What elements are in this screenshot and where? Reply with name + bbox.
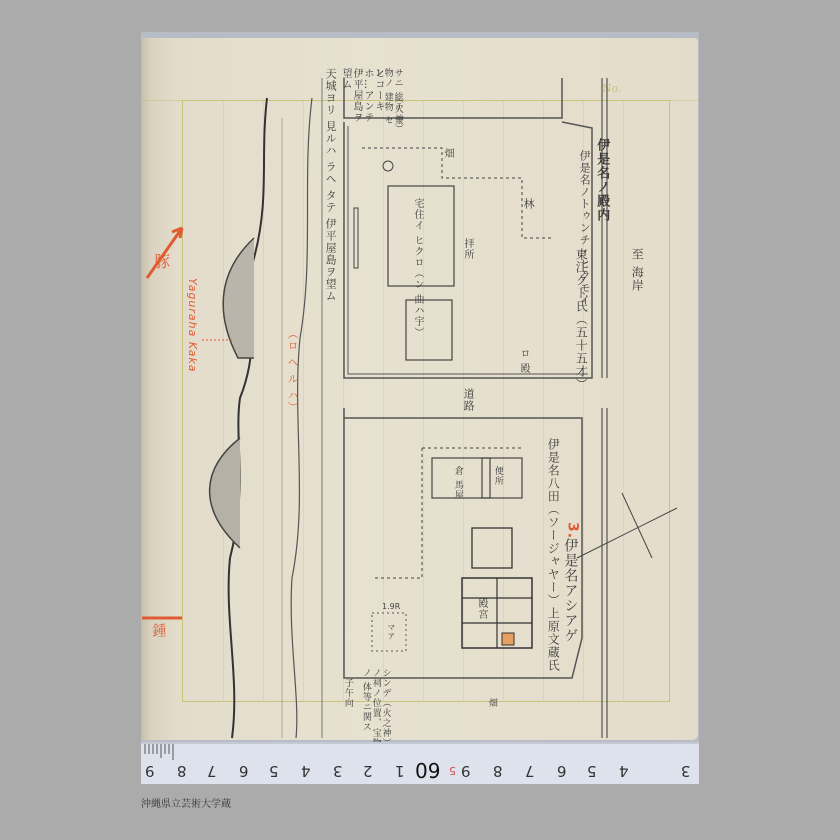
ruler-number: 7	[207, 762, 217, 780]
direction-label: 至 海岸	[630, 248, 643, 292]
top-note-4: （火神）	[392, 94, 402, 134]
scale-label: 1.9R	[382, 602, 400, 611]
ruler-red-label: 5	[449, 764, 456, 777]
owner-name-1: 東江クト氏（五十五才）	[574, 248, 587, 391]
ruler-number: 6	[239, 762, 249, 780]
annex-label-1: 倉 馬屋	[452, 466, 462, 500]
ruler-number: 2	[363, 762, 373, 780]
road-label: 道路	[462, 388, 474, 412]
collection-caption: 沖縄県立芸術大学蔵	[141, 795, 231, 810]
hall-label: 殿宮	[476, 598, 487, 620]
measuring-ruler: 9 8 7 6 5 4 3 2 1 60 5 9 8 7 6 5 4 3	[141, 742, 699, 784]
ruler-number: 5	[587, 762, 597, 780]
bottom-note-2: 子午向	[342, 678, 352, 708]
map-sketch	[142, 38, 698, 740]
ruler-number: 7	[525, 762, 535, 780]
ruler-number: 9	[145, 762, 155, 780]
notebook-page: No.	[142, 38, 698, 740]
bottom-right-label: 畑	[486, 698, 496, 708]
title-main: 伊是名ノ殿内	[594, 138, 608, 222]
ruler-number: 4	[619, 762, 629, 780]
house-2-title: 伊是名八田（ソージャヤー）上原文蔵氏	[546, 438, 559, 672]
ruler-number: 8	[493, 762, 503, 780]
gate-label: ロ 殿	[518, 348, 529, 374]
red-side-label-2: 鍾	[150, 623, 165, 638]
shrine-label: 拝所	[462, 238, 473, 260]
ruler-number: 3	[681, 762, 691, 780]
ruler-number: 6	[557, 762, 567, 780]
ruler-number: 9	[461, 762, 471, 780]
item-number: 3.	[564, 522, 579, 539]
ruler-number: 8	[177, 762, 187, 780]
red-bracket-note: （ロ ヘ ル ハ）	[286, 328, 298, 488]
red-romaji: Yaguraha Kaka	[186, 278, 198, 373]
annex-label-2: 便所	[492, 466, 502, 486]
ruler-big-label: 60	[415, 758, 440, 782]
red-side-label-1: 豚	[152, 253, 170, 270]
small-label-1: マア	[386, 623, 395, 641]
top-note-2: 天城ヨリ 見ルハ ラヘ タテ 伊平屋島ヲ望ム	[324, 68, 336, 318]
field-label: 畑	[442, 148, 453, 159]
bottom-note: シンデ（火之神）ノ祠ノ位置、宝物ノ 体等ニ関ス	[360, 668, 390, 748]
ruler-number: 5	[269, 762, 279, 780]
ruler-number: 1	[395, 762, 405, 780]
ruler-number: 3	[333, 762, 343, 780]
ruler-number: 4	[301, 762, 311, 780]
house-3-title: 伊是名アシアゲ	[562, 538, 577, 643]
forest-label: 林	[522, 198, 534, 210]
dwelling-label: 宅住イ ヒクロ（ン 曲ハ宇）	[412, 198, 423, 338]
